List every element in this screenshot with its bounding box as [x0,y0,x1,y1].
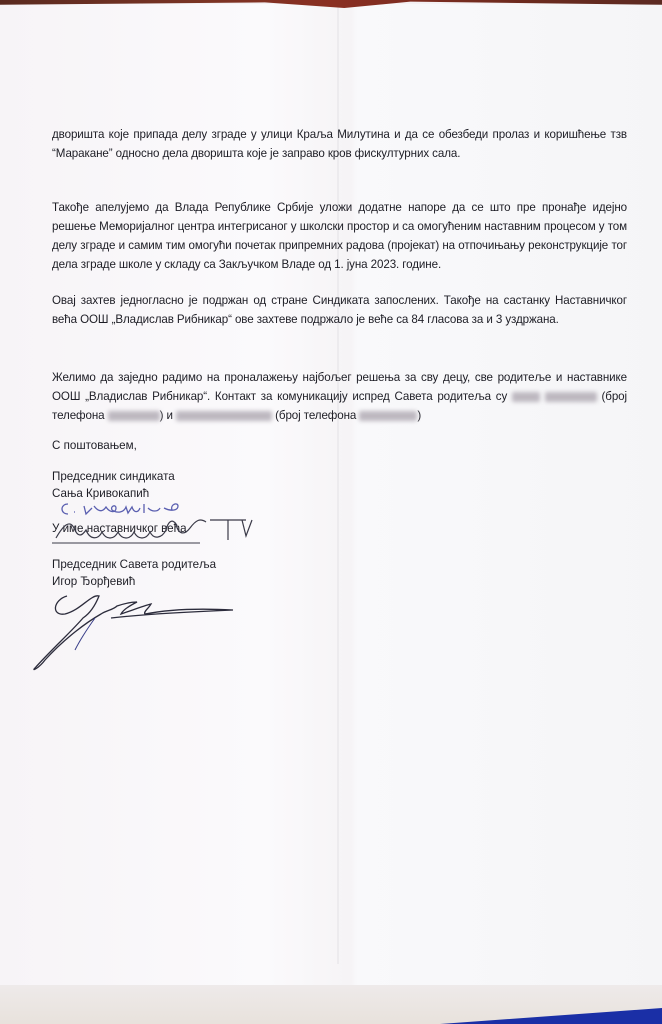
contact-text: Желимо да заједно радимо на проналажењу … [52,371,627,403]
signatory-union: Председник синдиката Сања Кривокапић [52,468,175,502]
phone-label-2: (број телефона [275,409,356,422]
closing-salutation: С поштовањем, [52,437,137,454]
signature-teachers-council [50,510,260,550]
redacted-phone-2 [359,411,417,421]
conjunction: ) и [160,409,173,422]
signatory-parents-council: Председник Савета родитеља Игор Ђорђевић [52,556,216,590]
paragraph-government-appeal: Такође апелујемо да Влада Републике Срби… [52,198,627,274]
closing-paren: ) [417,409,421,422]
paragraph-union-support: Овај захтев једногласно је подржан од ст… [52,291,627,329]
signatory-title: Председник Савета родитеља [52,556,216,573]
redacted-name-1a [512,392,540,402]
signature-parents-council [25,588,240,673]
paragraph-courtyard: дворишта које припада делу зграде у улиц… [52,125,627,163]
paragraph-contact: Желимо да заједно радимо на проналажењу … [52,368,627,425]
redacted-phone-1 [108,411,160,421]
redacted-name-1b [545,392,597,402]
redacted-name-2 [176,411,272,421]
signatory-title: Председник синдиката [52,468,175,485]
